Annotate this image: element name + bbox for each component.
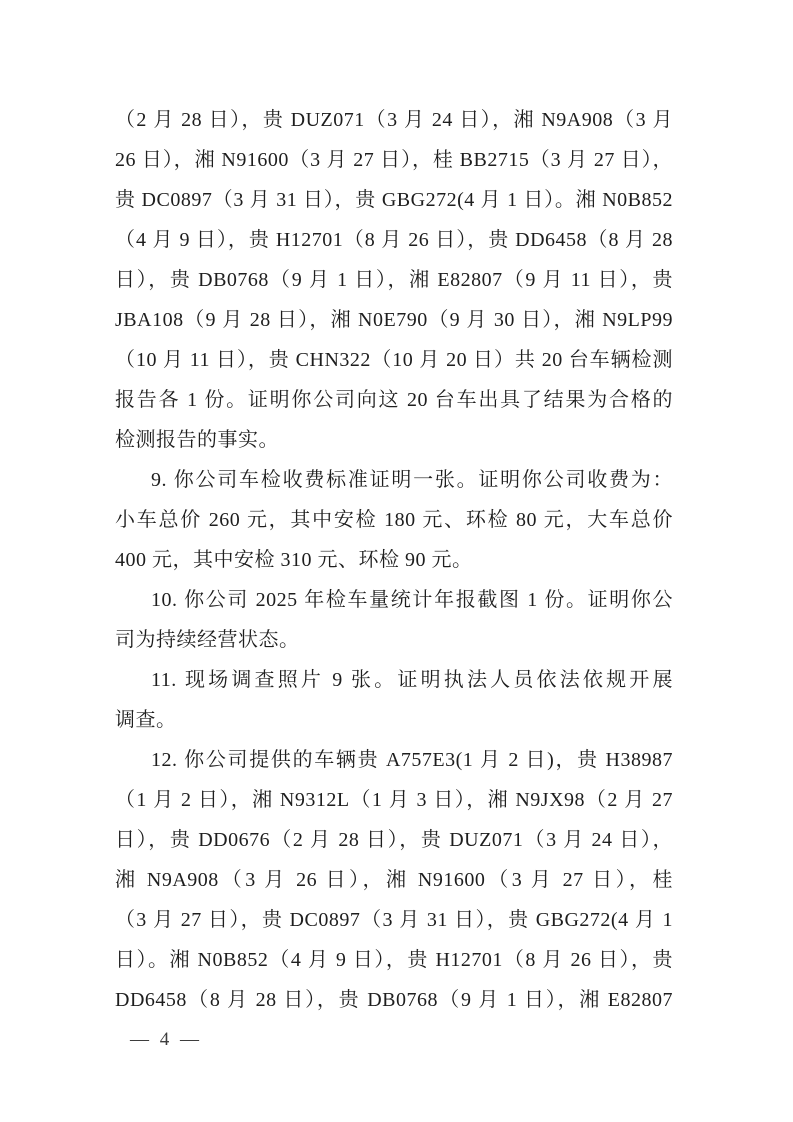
text-line: DD6458（8 月 28 日），贵 DB0768（9 月 1 日），湘 E82…	[115, 980, 673, 1020]
text-line: 调查。	[115, 700, 673, 740]
text-line: （10 月 11 日），贵 CHN322（10 月 20 日）共 20 台车辆检…	[115, 340, 673, 380]
text-line: （4 月 9 日），贵 H12701（8 月 26 日），贵 DD6458（8 …	[115, 220, 673, 260]
text-line: （3 月 27 日），贵 DC0897（3 月 31 日），贵 GBG272(4…	[115, 900, 673, 940]
text-line: 报告各 1 份。证明你公司向这 20 台车出具了结果为合格的	[115, 380, 673, 420]
text-line: （2 月 28 日），贵 DUZ071（3 月 24 日），湘 N9A908（3…	[115, 100, 673, 140]
text-line: 检测报告的事实。	[115, 420, 673, 460]
text-line: 400 元，其中安检 310 元、环检 90 元。	[115, 540, 673, 580]
text-line: 12. 你公司提供的车辆贵 A757E3(1 月 2 日)，贵 H38987	[115, 740, 673, 780]
text-line: 9. 你公司车检收费标准证明一张。证明你公司收费为：	[115, 460, 673, 500]
text-line: 26 日），湘 N91600（3 月 27 日），桂 BB2715（3 月 27…	[115, 140, 673, 180]
text-line: 小车总价 260 元，其中安检 180 元、环检 80 元，大车总价	[115, 500, 673, 540]
text-line: 日），贵 DD0676（2 月 28 日），贵 DUZ071（3 月 24 日）…	[115, 820, 673, 860]
text-line: 贵 DC0897（3 月 31 日），贵 GBG272(4 月 1 日）。湘 N…	[115, 180, 673, 220]
text-line: 湘 N9A908（3 月 26 日），湘 N91600（3 月 27 日），桂 …	[115, 860, 673, 900]
text-line: 日）。湘 N0B852（4 月 9 日），贵 H12701（8 月 26 日），…	[115, 940, 673, 980]
page-number: — 4 —	[130, 1027, 202, 1053]
text-line: 司为持续经营状态。	[115, 620, 673, 660]
document-page: （2 月 28 日），贵 DUZ071（3 月 24 日），湘 N9A908（3…	[0, 0, 793, 1122]
text-line: 11. 现场调查照片 9 张。证明执法人员依法依规开展	[115, 660, 673, 700]
text-line: （1 月 2 日），湘 N9312L（1 月 3 日），湘 N9JX98（2 月…	[115, 780, 673, 820]
document-body: （2 月 28 日），贵 DUZ071（3 月 24 日），湘 N9A908（3…	[115, 100, 673, 1020]
text-line: 日），贵 DB0768（9 月 1 日），湘 E82807（9 月 11 日），…	[115, 260, 673, 300]
text-line: JBA108（9 月 28 日），湘 N0E790（9 月 30 日），湘 N9…	[115, 300, 673, 340]
text-line: 10. 你公司 2025 年检车量统计年报截图 1 份。证明你公	[115, 580, 673, 620]
